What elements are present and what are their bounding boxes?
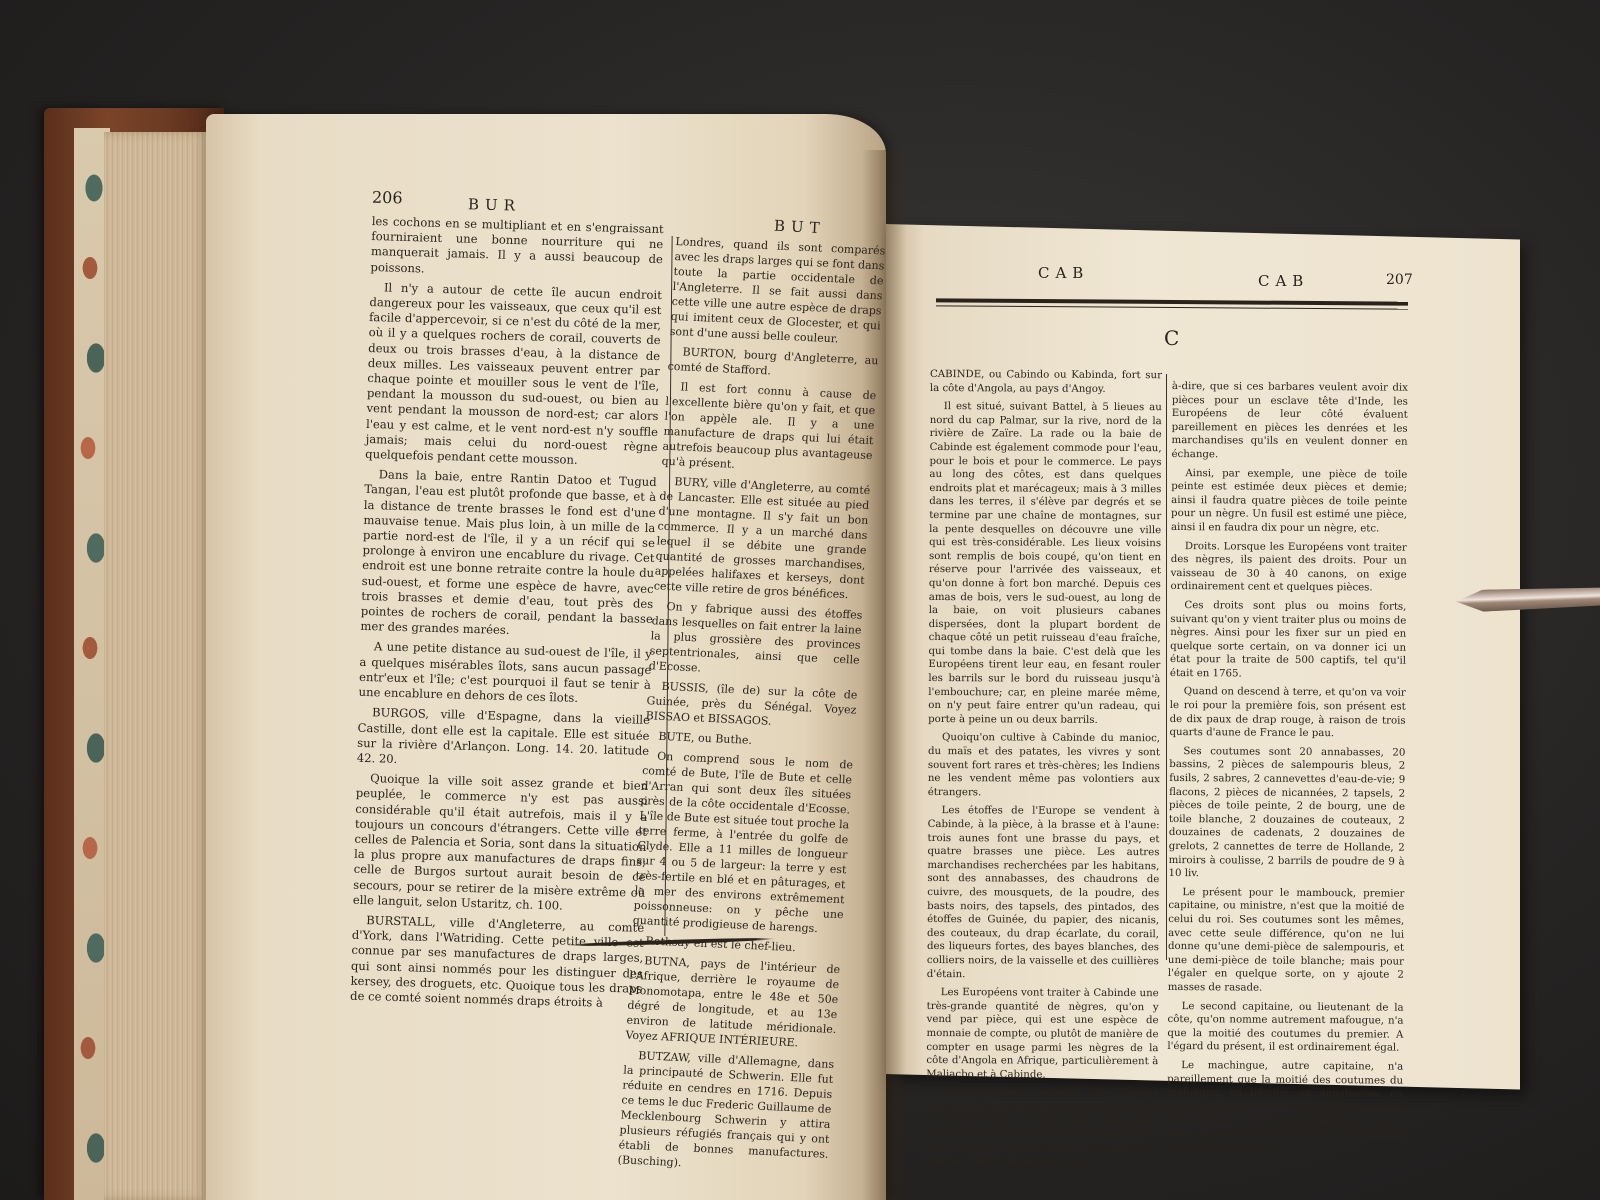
- page-block-edges: [104, 132, 208, 1200]
- paragraph: Il est situé, suivant Battel, à 5 lieues…: [928, 400, 1162, 727]
- entry-butzaw: BUTZAW, ville d'Allemagne, dans la princ…: [617, 1048, 834, 1177]
- paragraph: Le second capitaine, ou lieutenant de la…: [1167, 1000, 1403, 1056]
- paragraph: Ces droits sont plus ou moins forts, sui…: [1170, 599, 1407, 682]
- book-photo: 206 BUR BUT les cochons en se multiplian…: [0, 0, 1600, 1200]
- paragraph: à-dire, que si ces barbares veulent avoi…: [1171, 380, 1408, 463]
- right-column-a: CABINDE, ou Cabindo ou Kabinda, fort sur…: [926, 368, 1162, 1174]
- paragraph: les cochons en se multipliant et en s'en…: [370, 214, 664, 283]
- paragraph: On y fabrique aussi des étoffes dans les…: [648, 598, 862, 682]
- paragraph: Le machingue, autre capitaine, n'a parei…: [1167, 1059, 1404, 1156]
- paragraph: Ses coutumes sont 20 annabasses, 20 bass…: [1169, 745, 1406, 883]
- right-running-head-a: CAB: [1038, 264, 1089, 282]
- paragraph: Il est fort connu à cause de l'excellent…: [661, 379, 876, 478]
- paragraph: Quoique la ville soit assez grande et bi…: [353, 771, 649, 916]
- paragraph: Quand on descend à terre, et qu'on va vo…: [1169, 685, 1405, 741]
- paragraph: Il n'y a autour de cette île aucun endro…: [365, 280, 662, 471]
- paragraph: Droits. Lorsque les Européens vont trait…: [1171, 540, 1407, 596]
- paragraph: Le prix des esclaves, des autres marchan…: [926, 1086, 1158, 1169]
- left-running-head-b: BUT: [774, 217, 827, 238]
- paragraph: A une petite distance au sud-ouest de l'…: [358, 639, 652, 708]
- entry-butna: BUTNA, pays de l'intérieur de l'Afrique,…: [625, 953, 840, 1052]
- left-column-a: les cochons en se multipliant et en s'en…: [350, 214, 664, 1017]
- right-column-b: à-dire, que si ces barbares veulent avoi…: [1167, 380, 1408, 1161]
- paragraph: Les étoffes de l'Europe se vendent à Cab…: [927, 804, 1160, 982]
- right-page-number: 207: [1386, 272, 1413, 288]
- left-running-head-a: BUR: [468, 195, 521, 214]
- entry-burgos: BURGOS, ville d'Espagne, dans la vieille…: [357, 705, 651, 774]
- paragraph: Ainsi, par exemple, une pièce de toile p…: [1171, 467, 1407, 537]
- entry-burton: BURTON, bourg d'Angleterre, au comté de …: [667, 344, 879, 383]
- paragraph: On comprend sous le nom de comté de Bute…: [632, 748, 853, 937]
- entry-cabinde: CABINDE, ou Cabindo ou Kabinda, fort sur…: [930, 368, 1162, 396]
- right-running-head-b: CAB: [1258, 272, 1309, 290]
- entry-burstall: BURSTALL, ville d'Angleterre, au comté d…: [350, 913, 644, 1012]
- entry-bury: BURY, ville d'Angleterre, au comté de La…: [653, 474, 870, 603]
- entry-bussis: BUSSIS, (île de) sur la côte de Guinée, …: [645, 678, 858, 732]
- paragraph: Le présent pour le mambouck, premier cap…: [1168, 886, 1405, 996]
- section-letter: C: [1164, 326, 1179, 350]
- left-page-number: 206: [372, 188, 403, 208]
- paragraph: Quoiqu'on cultive à Cabinde du manioc, d…: [928, 731, 1160, 800]
- paragraph: Les Européens vont traiter à Cabinde une…: [926, 986, 1158, 1082]
- right-column-rule: [1166, 374, 1167, 960]
- paragraph: Londres, quand ils sont comparés avec le…: [669, 234, 885, 348]
- paragraph: Dans la baie, entre Rantin Datoo et Tugu…: [360, 467, 657, 642]
